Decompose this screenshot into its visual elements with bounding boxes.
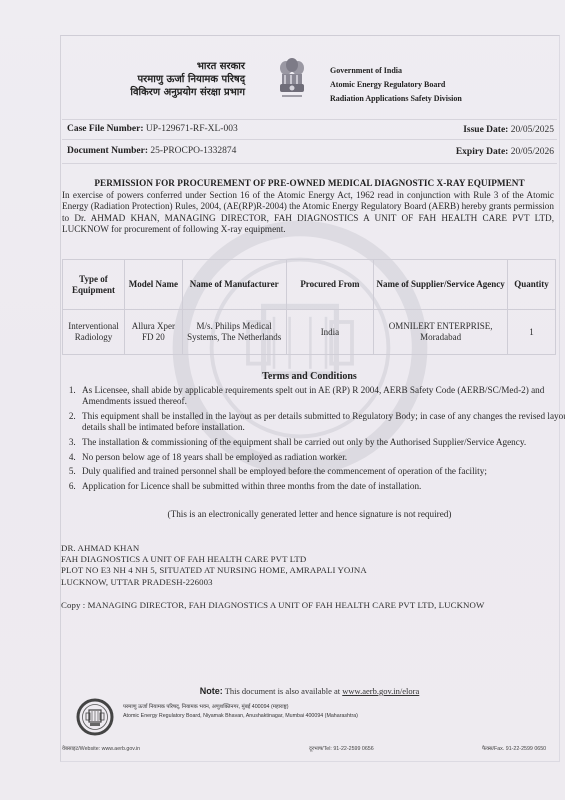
table-row: Interventional Radiology Allura Xper FD … xyxy=(63,310,556,355)
footer-tel: दूरभाष/Tel: 91-22-2599 0656 xyxy=(309,744,374,752)
divider xyxy=(62,139,557,140)
cell-model: Allura Xper FD 20 xyxy=(124,310,182,355)
col-type-of-equipment: Type of Equipment xyxy=(63,260,125,310)
table-header-row: Type of Equipment Model Name Name of Man… xyxy=(63,260,556,310)
expiry-date: Expiry Date: 20/05/2026 xyxy=(456,147,554,157)
cell-type: Interventional Radiology xyxy=(63,310,125,355)
term-item: The installation & commissioning of the … xyxy=(78,437,565,448)
issue-date: Issue Date: 20/05/2025 xyxy=(463,125,554,135)
footer-website[interactable]: वेबसाइट/Website: www.aerb.gov.in xyxy=(62,744,140,752)
expiry-date-value: 20/05/2026 xyxy=(511,147,554,157)
footer-address-english: Atomic Energy Regulatory Board, Niyamak … xyxy=(123,712,358,721)
address-line: PLOT NO E3 NH 4 NH 5, SITUATED AT NURSIN… xyxy=(61,565,367,576)
term-item: Duly qualified and trained personnel sha… xyxy=(78,466,565,477)
terms-list: As Licensee, shall abide by applicable r… xyxy=(62,385,565,496)
header-hindi-line: परमाणु ऊर्जा नियामक परिषद् xyxy=(130,73,245,86)
note-label: Note: xyxy=(200,686,223,696)
aerb-logo-icon xyxy=(75,697,115,737)
issue-date-value: 20/05/2025 xyxy=(511,125,554,135)
term-item: This equipment shall be installed in the… xyxy=(78,411,565,433)
cell-supplier: OMNILERT ENTERPRISE, Moradabad xyxy=(374,310,508,355)
permission-letter-page: भारत सरकार परमाणु ऊर्जा नियामक परिषद् वि… xyxy=(0,0,565,800)
col-supplier: Name of Supplier/Service Agency xyxy=(374,260,508,310)
address-line: LUCKNOW, UTTAR PRADESH-226003 xyxy=(61,577,367,588)
address-line: FAH DIAGNOSTICS A UNIT OF FAH HEALTH CAR… xyxy=(61,554,367,565)
footer-fax: फैक्स/Fax. 91-22-2599 0650 xyxy=(482,744,546,752)
elora-link[interactable]: www.aerb.gov.in/elora xyxy=(342,686,419,696)
footer-address: परमाणु ऊर्जा नियामक परिषद्, नियामक भवन, … xyxy=(123,703,358,721)
col-model-name: Model Name xyxy=(124,260,182,310)
document-number-value: 25-PROCPO-1332874 xyxy=(150,146,236,156)
divider xyxy=(62,119,557,120)
cell-manufacturer: M/s. Philips Medical Systems, The Nether… xyxy=(182,310,286,355)
cell-procured-from: India xyxy=(286,310,374,355)
header-english-line: Radiation Applications Safety Division xyxy=(330,92,462,106)
header-hindi-line: भारत सरकार xyxy=(130,60,245,73)
term-item: No person below age of 18 years shall be… xyxy=(78,452,565,463)
footer-address-hindi: परमाणु ऊर्जा नियामक परिषद्, नियामक भवन, … xyxy=(123,703,358,712)
divider xyxy=(62,163,557,164)
issue-date-label: Issue Date: xyxy=(463,125,508,135)
col-procured-from: Procured From xyxy=(286,260,374,310)
case-file-value: UP-129671-RF-XL-003 xyxy=(146,124,238,134)
term-item: As Licensee, shall abide by applicable r… xyxy=(78,385,565,407)
header-hindi-line: विकिरण अनुप्रयोग संरक्षा प्रभाग xyxy=(130,86,245,99)
equipment-table: Type of Equipment Model Name Name of Man… xyxy=(62,259,556,355)
header-english: Government of India Atomic Energy Regula… xyxy=(330,64,462,106)
footer-note: Note: This document is also available at… xyxy=(62,686,557,696)
recipient-address: DR. AHMAD KHAN FAH DIAGNOSTICS A UNIT OF… xyxy=(61,543,367,588)
col-quantity: Quantity xyxy=(507,260,555,310)
header-hindi: भारत सरकार परमाणु ऊर्जा नियामक परिषद् वि… xyxy=(130,60,245,99)
document-title: PERMISSION FOR PROCUREMENT OF PRE-OWNED … xyxy=(62,178,557,188)
header-english-line: Government of India xyxy=(330,64,462,78)
header-english-line: Atomic Energy Regulatory Board xyxy=(330,78,462,92)
address-line: DR. AHMAD KHAN xyxy=(61,543,367,554)
document-number-label: Document Number: xyxy=(67,146,148,156)
case-file-label: Case File Number: xyxy=(67,124,144,134)
document-number: Document Number: 25-PROCPO-1332874 xyxy=(67,146,236,156)
intro-paragraph: In exercise of powers conferred under Se… xyxy=(62,190,554,236)
term-item: Application for Licence shall be submitt… xyxy=(78,481,565,492)
note-text: This document is also available at xyxy=(225,686,340,696)
case-file-number: Case File Number: UP-129671-RF-XL-003 xyxy=(67,124,238,134)
copy-to: Copy : MANAGING DIRECTOR, FAH DIAGNOSTIC… xyxy=(61,600,484,610)
electronic-note: (This is an electronically generated let… xyxy=(62,509,557,519)
cell-quantity: 1 xyxy=(507,310,555,355)
expiry-date-label: Expiry Date: xyxy=(456,147,509,157)
national-emblem-icon xyxy=(278,56,306,100)
terms-title: Terms and Conditions xyxy=(62,371,557,382)
col-manufacturer: Name of Manufacturer xyxy=(182,260,286,310)
